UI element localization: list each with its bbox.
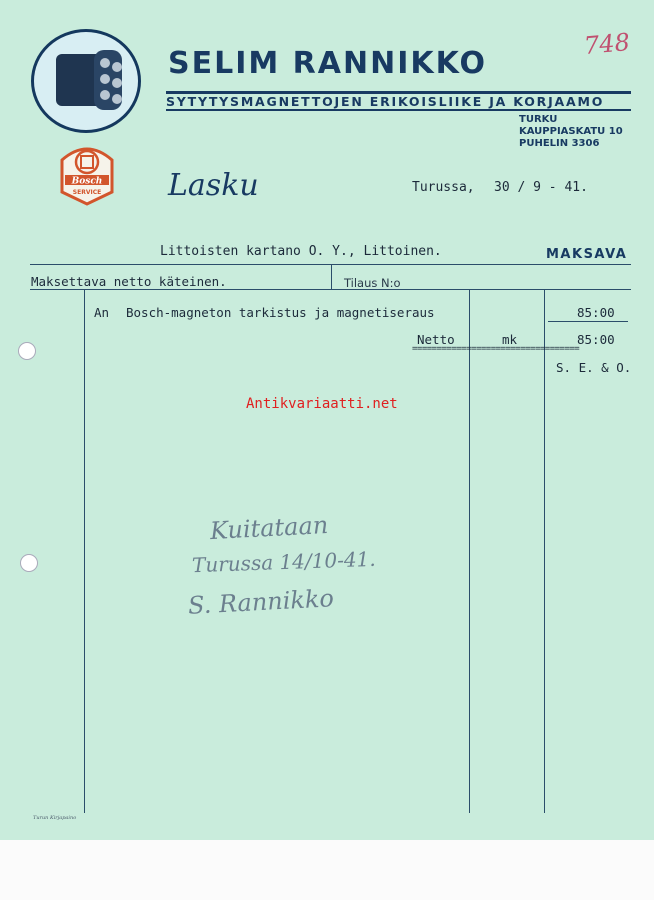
magneto-logo-icon	[31, 29, 141, 133]
column-amount-rule	[544, 289, 545, 813]
column-left-rule	[84, 289, 85, 813]
handwritten-reference-number: 748	[583, 28, 631, 60]
subtotal-rule	[548, 321, 628, 322]
company-tagline: SYTYTYSMAGNETTOJEN ERIKOISLIIKE JA KORJA…	[166, 91, 631, 111]
total-double-underline: ==================================	[412, 344, 579, 354]
svg-text:Bosch: Bosch	[71, 177, 103, 187]
company-address: TURKU KAUPPIASKATU 10 PUHELIN 3306	[519, 114, 623, 150]
document-title: Lasku	[168, 168, 259, 203]
order-number-label: Tilaus N:o	[344, 276, 401, 290]
recipient: Littoisten kartano O. Y., Littoinen.	[160, 244, 442, 259]
address-city: TURKU	[519, 114, 623, 126]
address-street: KAUPPIASKATU 10	[519, 126, 623, 138]
punch-hole-bottom	[20, 554, 38, 572]
column-desc-rule	[469, 289, 470, 813]
punch-hole-top	[18, 342, 36, 360]
address-phone: PUHELIN 3306	[519, 138, 623, 150]
printer-imprint: Turun Kirjapaino	[33, 815, 76, 821]
scan-margin	[0, 840, 654, 900]
company-name: SELIM RANNIKKO	[168, 46, 487, 81]
svg-text:SERVICE: SERVICE	[73, 189, 101, 196]
invoice-date: 30 / 9 - 41.	[494, 180, 588, 195]
errors-omissions-note: S. E. & O.	[556, 360, 631, 375]
watermark: Antikvariaatti.net	[246, 396, 398, 412]
bosch-service-badge-icon: Bosch SERVICE	[58, 142, 116, 206]
invoice-place: Turussa,	[412, 180, 475, 195]
terms-divider	[331, 264, 332, 289]
table-header-rule	[30, 289, 631, 290]
total-amount: 85:00	[577, 332, 615, 347]
payer-label: MAKSAVA	[546, 247, 627, 262]
item-amount: 85:00	[577, 305, 615, 320]
item-prefix: An	[94, 305, 109, 320]
payment-terms: Maksettava netto käteinen.	[31, 274, 227, 289]
item-description: Bosch-magneton tarkistus ja magnetiserau…	[126, 305, 435, 320]
